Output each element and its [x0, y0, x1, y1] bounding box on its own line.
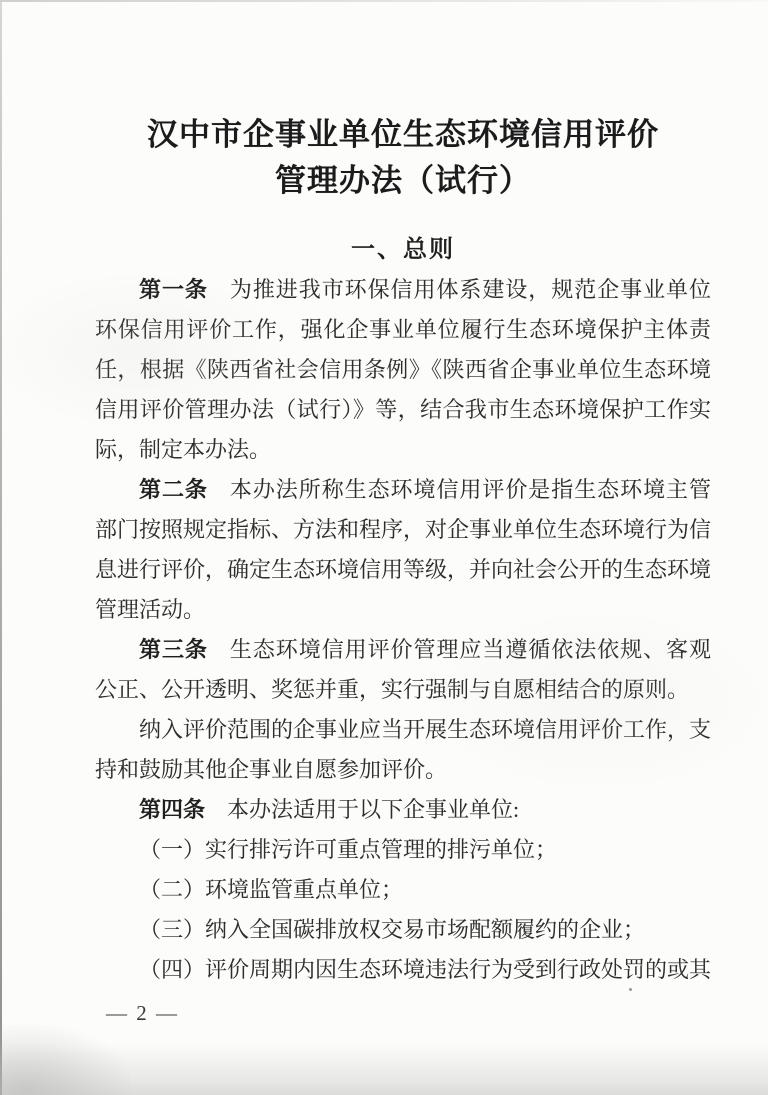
list-item-3: （三）纳入全国碳排放权交易市场配额履约的企业；	[95, 910, 711, 950]
scanned-document-page: 汉中市企事业单位生态环境信用评价 管理办法（试行） 一、总则 第一条为推进我市环…	[0, 0, 768, 1095]
article-1-text: 为推进我市环保信用体系建设，规范企事业单位环保信用评价工作，强化企事业单位履行生…	[95, 277, 711, 462]
paragraph-article-3-continued: 纳入评价范围的企事业应当开展生态环境信用评价工作，支持和鼓励其他企事业自愿参加评…	[95, 710, 711, 790]
list-item-2: （二）环境监管重点单位；	[95, 870, 711, 910]
article-4-number: 第四条	[139, 797, 205, 822]
article-3-continued-text: 纳入评价范围的企事业应当开展生态环境信用评价工作，支持和鼓励其他企事业自愿参加评…	[95, 717, 711, 782]
list-item-2-text: （二）环境监管重点单位；	[139, 877, 403, 902]
paragraph-article-4: 第四条本办法适用于以下企事业单位:	[95, 790, 711, 830]
list-item-4: （四）评价周期内因生态环境违法行为受到行政处罚的或其	[95, 950, 711, 990]
title-line-2: 管理办法（试行）	[95, 158, 711, 204]
paragraph-article-3: 第三条生态环境信用评价管理应当遵循依法依规、客观公正、公开透明、奖惩并重，实行强…	[95, 630, 711, 710]
page-number: — 2 —	[106, 1000, 179, 1026]
scan-speck	[629, 988, 632, 991]
article-1-number: 第一条	[139, 277, 208, 302]
scan-edge-left	[0, 0, 2, 1095]
article-4-text: 本办法适用于以下企事业单位:	[227, 797, 519, 822]
list-item-1: （一）实行排污许可重点管理的排污单位；	[95, 830, 711, 870]
paragraph-article-2: 第二条本办法所称生态环境信用评价是指生态环境主管部门按照规定指标、方法和程序，对…	[95, 470, 711, 630]
title-line-1: 汉中市企事业单位生态环境信用评价	[95, 112, 711, 158]
section-heading-general-provisions: 一、总则	[95, 237, 711, 263]
document-body: 第一条为推进我市环保信用体系建设，规范企事业单位环保信用评价工作，强化企事业单位…	[95, 270, 711, 990]
scan-edge-top	[0, 0, 768, 2]
paragraph-article-1: 第一条为推进我市环保信用体系建设，规范企事业单位环保信用评价工作，强化企事业单位…	[95, 270, 711, 470]
article-2-number: 第二条	[139, 477, 208, 502]
list-item-1-text: （一）实行排污许可重点管理的排污单位；	[139, 837, 557, 862]
document-title: 汉中市企事业单位生态环境信用评价 管理办法（试行）	[95, 112, 711, 204]
article-3-number: 第三条	[139, 637, 208, 662]
list-item-4-text: （四）评价周期内因生态环境违法行为受到行政处罚的或其	[139, 957, 711, 982]
list-item-3-text: （三）纳入全国碳排放权交易市场配额履约的企业；	[139, 917, 645, 942]
scan-corner-patch	[0, 1025, 130, 1095]
